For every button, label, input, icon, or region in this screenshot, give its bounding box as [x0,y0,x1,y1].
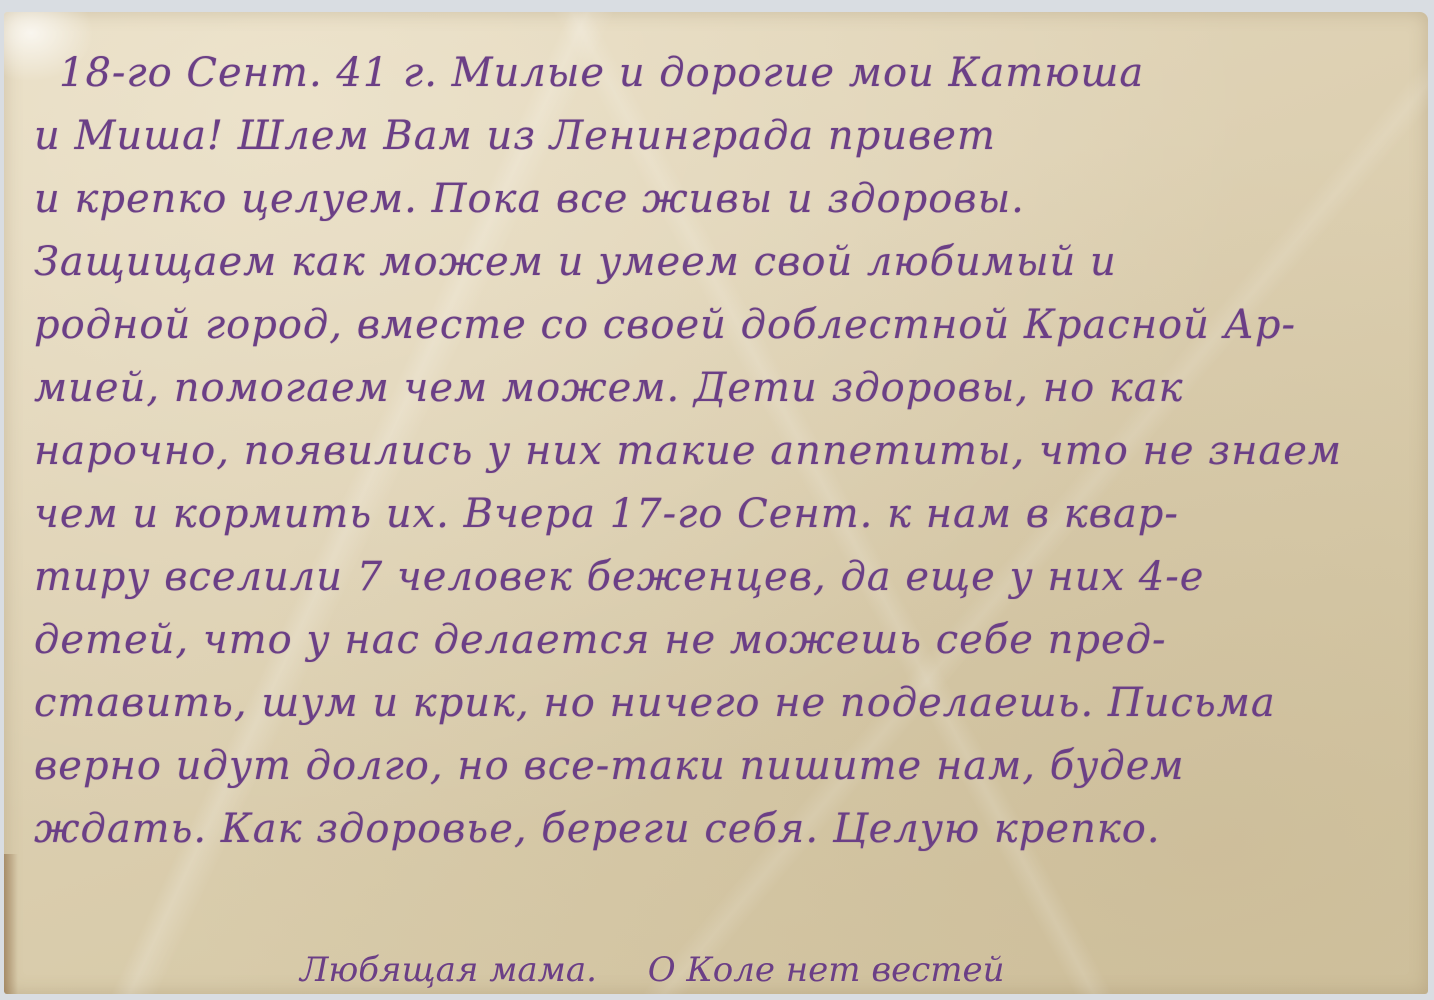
signature-line: Любящая мама. О Коле нет вестей [300,950,1045,990]
letter-line-date-greeting: 18-го Сент. 41 г. Милые и дорогие мои Ка… [34,42,1408,105]
postcard: 18-го Сент. 41 г. Милые и дорогие мои Ка… [4,12,1428,994]
letter-line: чем и кормить их. Вчера 17-го Сент. к на… [34,483,1408,546]
letter-line: и крепко целуем. Пока все живы и здоровы… [34,168,1408,231]
letter-line: ставить, шум и крик, но ничего не подела… [34,672,1408,735]
signature-closing: Любящая мама. [300,950,597,990]
paper-edge-stain [4,854,18,994]
letter-line: и Миша! Шлем Вам из Ленинграда привет [34,105,1408,168]
letter-line: детей, что у нас делается не можешь себе… [34,609,1408,672]
letter-line: ждать. Как здоровье, береги себя. Целую … [34,798,1408,861]
letter-line: мией, помогаем чем можем. Дети здоровы, … [34,357,1408,420]
letter-line: верно идут долго, но все-таки пишите нам… [34,735,1408,798]
letter-line: родной город, вместе со своей доблестной… [34,294,1408,357]
letter-line: Защищаем как можем и умеем свой любимый … [34,231,1408,294]
handwritten-letter: 18-го Сент. 41 г. Милые и дорогие мои Ка… [34,42,1408,861]
letter-line: тиру вселили 7 человек беженцев, да еще … [34,546,1408,609]
postscript: О Коле нет вестей [648,950,1005,990]
letter-line: нарочно, появились у них такие аппетиты,… [34,420,1408,483]
